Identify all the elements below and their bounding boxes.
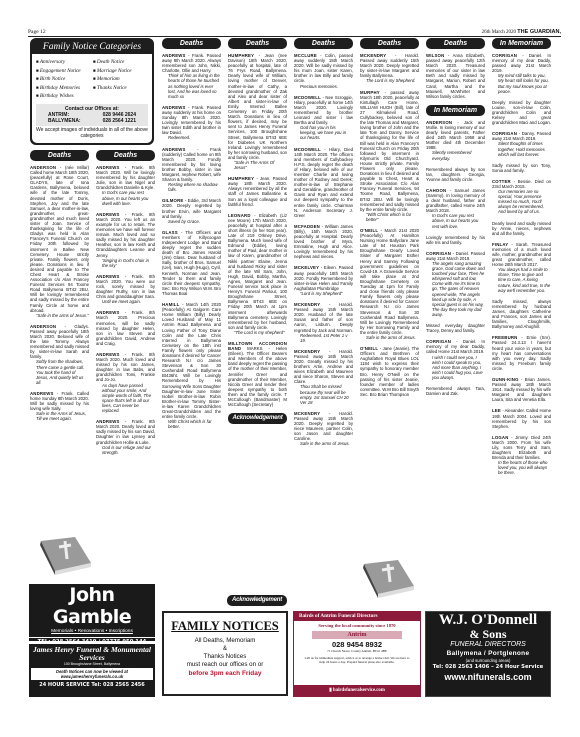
notice-text: - Elizabeth (Liz nee Moore) 17th March 2…: [228, 213, 287, 330]
notice: Sadly missed by son Tony, Sonia and fami…: [492, 163, 551, 173]
notice: CORRIGAN - Danny. Passed away 21st March…: [492, 131, 551, 156]
notice-verse: God is our refuge and our strength.: [96, 445, 155, 455]
notice-text: Deeply missed by daughter Louise, son-in…: [492, 100, 551, 125]
notice: CAHOON - Samuel James (Sammy). In loving…: [426, 188, 485, 229]
notice-verse: "The Lord is my shepherd": [228, 330, 287, 335]
notice-verse: My mind still talks to you, My heart sti…: [492, 73, 551, 93]
category-item: Anniversary: [36, 58, 91, 67]
notice-verse: Safe in the Arms of Jesus, Till we meet …: [30, 411, 89, 421]
notice: ANDERSON - (née Millar) Called home Marc…: [30, 165, 89, 318]
notice: GLASS - The Officers and members of Kill…: [162, 230, 221, 296]
notice: HAMILL - March 14th 2020 (Peacefully) At…: [162, 302, 221, 429]
notice: FINLAY - Sarah. Treasured memories of a …: [492, 242, 551, 293]
deadline: before 3pm each Friday: [164, 669, 286, 678]
notice-verse: "With Christ which is far better": [360, 212, 419, 222]
notice-text: - Frank. Passed away suddenly at his hom…: [162, 105, 221, 135]
section-header-deaths: Deaths: [294, 38, 353, 49]
notice-verse: Precious memories.: [294, 84, 353, 89]
section-header-deaths: Deaths: [30, 150, 89, 161]
notice-text: - Harold. Passed away 15th March 2020. D…: [294, 411, 353, 441]
notice: MCKENDRY - Harold. Passed away suddenly …: [360, 53, 419, 84]
category-item: Memoriam: [93, 75, 148, 84]
notice: HUMPHREY - Jean. Passed away 18th March …: [228, 176, 287, 207]
notice-verse: In God's care you rest above, In our hea…: [426, 213, 485, 228]
column-8: In Memoriam CORRIGAN - Daniel. In memory…: [492, 38, 551, 482]
notice: Deeply missed by daughter Louise, son-in…: [492, 100, 551, 125]
notice: O'NEILL - Jane (Jeanie). The Officers an…: [360, 346, 419, 397]
notice-verse: Saved by Grace.: [162, 219, 221, 224]
notice: ANDREWS - Frank. 8th March 2020. Preciou…: [96, 310, 155, 346]
notice-text: - Nee Scroggie, Hilary, peacefully at ho…: [294, 95, 353, 125]
notice: ANDREWS - Frank. 8th March 2020. You wer…: [96, 274, 155, 305]
bible-icon: [35, 535, 95, 577]
notice: ANDREWS - Frank. Called home Sunday 8th …: [30, 391, 89, 422]
bairds-web[interactable]: ▮ bairdsfuneralservice.com: [294, 685, 420, 696]
office-ballymena: BALLYMENA:028 2564 1221: [42, 118, 142, 124]
notice-text: - Colin, passed away suddenly 15th March…: [294, 53, 353, 83]
notice: LEE - Alexander. Called Home 19th March …: [492, 408, 551, 428]
notice: ANDREWS - Frank (suddenly) Called home o…: [162, 147, 221, 193]
notice: ANDREWS - Frank. Passed away 8th March 2…: [162, 53, 221, 99]
notice-verse: God has you in his keeping, we have you …: [294, 125, 353, 140]
categories-list: Anniversary Death Notice Engagement Noti…: [36, 58, 148, 101]
notice-verse: Safe in the arms of Jesus.: [294, 441, 353, 446]
notice: LEONARD - Elizabeth (Liz nee Moore) 17th…: [228, 213, 287, 335]
section-header-deaths: Deaths: [228, 38, 287, 49]
column-6: Deaths MCKENDRY - Harold. Passed away su…: [360, 38, 419, 403]
notice-verse: Silent thoughts of times together, Hold …: [492, 141, 551, 156]
notice-text: - Ernie (Snr). Passed 24.3.13 I have'nt …: [492, 335, 551, 371]
section-header-deaths: Deaths: [96, 150, 155, 161]
notice: MCKENDRY - Harold. Passed away 16th Marc…: [294, 349, 353, 405]
notice: Remembered always Tara, Damien and Zak.: [426, 386, 485, 396]
notice-text: Lovingly remembered by his wife Iris and…: [426, 235, 485, 245]
column-3: Deaths ANDREWS - Frank. Passed away 8th …: [162, 38, 221, 435]
notice-verse: Thou Shalt be missed because thy seat wi…: [294, 384, 353, 404]
notice-verse: In the hearts of those who loved you, yo…: [492, 460, 551, 475]
notice: MCDOWELL - Nee Scroggie, Hilary, peacefu…: [294, 95, 353, 141]
notice-text: - Gladys. Passed away peacefully 18th Ma…: [30, 324, 89, 360]
page-number: Page 12: [28, 29, 46, 35]
page-header: Page 12 26th March 2020 THE GUARDIAN,: [28, 28, 561, 38]
category-item: Marriage Notice: [93, 67, 148, 76]
notice: MURPHY - passed away March 18th 2020, pe…: [360, 90, 419, 222]
notice-text: - March 14th 2020 (Peacefully) At Galgor…: [162, 302, 221, 419]
section-header-deaths: Deaths: [360, 38, 419, 49]
contact-offices: Contact our Offices at: ANTRIM:028 9446 …: [36, 104, 148, 126]
notice-text: Sadly missed, always remembered by husba…: [492, 299, 551, 329]
issue-date: 26th March 2020 THE GUARDIAN,: [482, 29, 561, 35]
notice-text: - Alexander. Called Home 19th March 2004…: [492, 408, 551, 428]
notice: ANDREWS - Frank. 8th March 2020. Dearly …: [96, 419, 155, 455]
notice-verse: Our memories are so special, Your presen…: [492, 189, 551, 214]
notice-verse: Softly from the shadows, There came a ge…: [30, 359, 89, 384]
paper-name: THE GUARDIAN,: [517, 29, 561, 35]
notice-text: Remembered always Tara, Damien and Zak.: [426, 386, 485, 396]
notice: CORRIGAN - Daniel. Passed away 21st Marc…: [426, 251, 485, 317]
notice-text: - Frank (suddenly) Called home on 8th Ma…: [162, 147, 221, 183]
section-header-memoriam: In Memoriam: [492, 38, 551, 49]
notice: CORRIGAN - Daniel. In memory of my dear …: [492, 53, 551, 94]
ad-john-gamble: John Gamble Memorials • Renovations • In…: [29, 584, 155, 641]
notice: ANDREWS - Frank. 8th March 2020. You lef…: [96, 212, 155, 268]
notice-verse: Resting where no shadow falls.: [162, 182, 221, 192]
notice: ANDREWS - Frank. 8th March 2020. Will be…: [96, 165, 155, 206]
acknowledgement-header: Acknowledgement: [227, 595, 287, 606]
category-item: Death Notice: [93, 58, 148, 67]
column-7: Deaths WILSON - Anna Elizabeth, passed a…: [426, 38, 485, 402]
acknowledgement-header: Acknowledgement: [228, 413, 287, 424]
family-notice-categories: Family Notice Categories Anniversary Dea…: [30, 38, 154, 145]
notice-verse: Redeemed.: [162, 135, 221, 140]
column-4: Deaths HUMPHREY - Jean (nee Davison) 18t…: [228, 38, 287, 424]
column-2: Deaths ANDREWS - Frank. 8th March 2020. …: [96, 150, 155, 461]
notice: MILLTOWN ACCORDION BAND MARKS - Helen (E…: [228, 341, 287, 407]
odonnell-web[interactable]: www.nifunerals.com: [426, 672, 550, 682]
notice-verse: You always had a smile to share, Time to…: [492, 267, 551, 292]
category-item: Engagement Notice: [36, 67, 91, 76]
notice: ANDERSON - Gladys. Passed away peacefull…: [30, 324, 89, 385]
notice-text: Sadly missed by son Tony, Sonia and fami…: [492, 163, 551, 173]
notice-verse: Redeemed. 1st Peter 1 v 19.: [294, 333, 353, 343]
notice-verse: Think of him as living in the hearts of …: [162, 73, 221, 98]
notice: MCCLURE - Colin, passed away suddenly 15…: [294, 53, 353, 89]
section-header-memoriam: In Memoriam: [426, 105, 485, 116]
notice-text: - Frank. 8th March 2020. You left us an …: [96, 212, 155, 258]
notice: O'NEILL - March 21st 2020 (Peacefully) A…: [360, 228, 419, 340]
notice-text: - Frank. 8th March 2020. Much loved and …: [96, 352, 155, 382]
notice-text: Dearly loved and sadly missed by Annie, …: [492, 221, 551, 236]
notice: MCKENDRY - Harold. Passed away 15th Marc…: [294, 302, 353, 343]
notice-text: - The Officers and members of Killycooga…: [162, 230, 221, 296]
notice: ANDREWS - Frank. Passed away suddenly at…: [162, 105, 221, 141]
notice: CORRIGAN - Daniel. In memory of my dear …: [426, 339, 485, 380]
notice: ANDREWS - Frank. 8th March 2020. Much lo…: [96, 352, 155, 413]
category-item: Thanks Notice: [93, 84, 148, 93]
notice-text: MARKS - Helen (Eileen). The Officer Bear…: [228, 346, 287, 407]
notice: Dearly loved and sadly missed by Annie, …: [492, 221, 551, 236]
notice-verse: In God's care you rest above, In our hea…: [96, 190, 155, 205]
notice-verse: "Lord is my Shepherd": [294, 291, 353, 296]
notice-text: - passed away March 18th 2020, peacefull…: [360, 90, 419, 212]
notice: MCDOWELL - Hilary, Died 14th March 2020.…: [294, 147, 353, 218]
section-header-deaths: Deaths: [426, 38, 485, 49]
ad-wj-odonnell: W.J. O'Donnell & Sons FUNERAL DIRECTORS …: [425, 611, 551, 697]
category-item: Birthday Wishes: [36, 92, 91, 101]
notice: Lovingly remembered by his wife Iris and…: [426, 235, 485, 245]
ad-family-notices: FAMILY NOTICES All Deaths, Memoriam & Th…: [162, 611, 288, 696]
notice: FREEBURN - Ernie (Snr). Passed 24.3.13 I…: [492, 335, 551, 371]
categories-title: Family Notice Categories: [32, 40, 152, 54]
notice-text: - Jean (nee Davison) 18th March 2020, pe…: [228, 53, 287, 160]
notice: Missed everyday daughter Tracey, Denny a…: [426, 323, 485, 333]
notice-text: - Jean. Passed away 18th March 2020. Alw…: [228, 176, 287, 206]
notice-text: - Anna Elizabeth, passed away peacefully…: [426, 53, 485, 99]
notice-verse: Until we meet again.: [96, 299, 155, 304]
notice: WILSON - Anna Elizabeth, passed away pea…: [426, 53, 485, 99]
notice-text: - Jane (Jeanie). The Officers and Brethr…: [360, 346, 419, 397]
james-henry-web: Death Notices can now be viewed at www.j…: [31, 668, 153, 680]
notice: Sadly missed, always remembered by husba…: [492, 299, 551, 330]
notice-verse: "Safe in the arms of Jesus.": [30, 313, 89, 318]
bible-icon: [358, 558, 418, 600]
notice-text: Missed everyday daughter Tracey, Denny a…: [426, 323, 485, 333]
notice: COTTER - Bessie. Died on 23rd March 2015…: [492, 179, 551, 215]
notice-verse: Safe in the arms of Jesus.: [360, 335, 419, 340]
notice-verse: Silently remembered everyday.: [426, 150, 485, 160]
notice-text: - Hilary, Died 14th March 2020. The offi…: [294, 147, 353, 218]
notice-verse: 'Singing in God's choir in the sky': [96, 258, 155, 268]
notice-text: - Jack and Mollie. In loving memory of o…: [426, 120, 485, 150]
notice: ANDERSON - Jack and Mollie. In loving me…: [426, 120, 485, 161]
notice-verse: I wish I could see you, I wish I could s…: [426, 355, 485, 380]
notice-text: - (née Millar) Called home March 18th 20…: [30, 165, 89, 313]
column-5: Deaths MCCLURE - Colin, passed away sudd…: [294, 38, 353, 452]
notice: GUNN-KING - Brian James. Passed away 18t…: [492, 377, 551, 402]
notice-text: - March 21st 2020 (Peacefully) At Hamilt…: [360, 228, 419, 335]
notice: LOGAN - Jimmy. Died 24th March 2000. Fro…: [492, 435, 551, 476]
notice-text: - Harold. Passed away 15th March 2020. H…: [294, 302, 353, 332]
notice-text: Remembered always by son Ian, daughters …: [426, 167, 485, 182]
notice: MCFADDEN - William James (Billy), 15th M…: [294, 224, 353, 260]
notice: Remembered always by son Ian, daughters …: [426, 167, 485, 182]
notice-verse: The angels sang amazing grace, God came …: [426, 261, 485, 317]
header-rule: [28, 36, 561, 37]
notice-verse: As days have passed without your smile, …: [96, 383, 155, 414]
notice-text: - William James (Billy), 15th March 2020…: [294, 224, 353, 260]
notice-verse: With Christ which is far better.: [162, 419, 221, 429]
notice: MCKENDRY - Harold. Passed away 15th Marc…: [294, 411, 353, 447]
notice-text: - Frank. 8th March 2020. Precious memori…: [96, 310, 155, 346]
notice: GILMORE - Eddie, 3rd March 2020. Deeply …: [162, 198, 221, 223]
section-header-deaths: Deaths: [162, 38, 221, 49]
notice-text: - Harold. Passed away 16th March 2020. G…: [294, 349, 353, 385]
notice: HUMPHREY - Jean (nee Davison) 18th March…: [228, 53, 287, 170]
category-item: Birth Notice: [36, 75, 91, 84]
ad-james-henry: James Henry Funeral & Monumental Service…: [29, 644, 155, 697]
column-1: Deaths ANDERSON - (née Millar) Called ho…: [30, 150, 89, 428]
images-note: We accept images of individuals in all o…: [36, 127, 148, 139]
notice-verse: "Safe in The Arms Of Jesus": [228, 160, 287, 170]
notice-verse: The Lord is my Shepherd.: [360, 78, 419, 83]
ad-bairds-of-antrim: Bairds of Antrim Funeral Directors Servi…: [293, 611, 421, 697]
notice: MCKELVEY - Eileen. Passed away peacefull…: [294, 265, 353, 296]
category-item: Birthday Memories: [36, 84, 91, 93]
